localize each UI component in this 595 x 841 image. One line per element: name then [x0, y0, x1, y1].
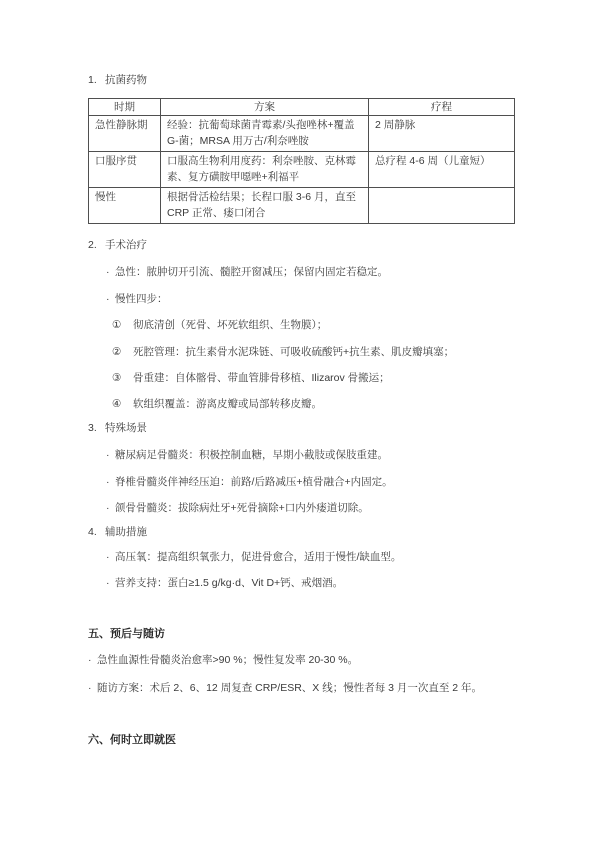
- cell-plan-acute-iv: 经验：抗葡萄球菌青霉素/头孢唑林+覆盖 G-菌；MRSA 用万古/利奈唑胺: [161, 116, 369, 152]
- step-item-dead-space: ②死腔管理：抗生素骨水泥珠链、可吸收硫酸钙+抗生素、肌皮瓣填塞；: [112, 345, 454, 359]
- section-1-heading: 1.抗菌药物: [88, 73, 147, 87]
- section-4-title: 辅助措施: [105, 526, 147, 538]
- step-item-text: 死腔管理：抗生素骨水泥珠链、可吸收硫酸钙+抗生素、肌皮瓣填塞；: [133, 346, 454, 358]
- list-item-text: 高压氧：提高组织氧张力，促进骨愈合，适用于慢性/缺血型。: [115, 551, 401, 563]
- bullet-icon: ·: [106, 265, 115, 279]
- bullet-icon: ·: [106, 292, 115, 306]
- table-header-period: 时期: [89, 99, 161, 116]
- list-item-text: 慢性四步：: [115, 293, 168, 305]
- step-item-text: 骨重建：自体髂骨、带血管腓骨移植、Ilizarov 骨搬运；: [133, 372, 390, 384]
- list-item-text: 营养支持：蛋白≥1.5 g/kg·d、Vit D+钙、戒烟酒。: [115, 577, 343, 589]
- section-6-heading: 六、何时立即就医: [88, 733, 176, 747]
- cell-period-acute-iv: 急性静脉期: [89, 116, 161, 152]
- bullet-icon: ·: [106, 475, 115, 489]
- cell-course-acute-iv: 2 周静脉: [369, 116, 515, 152]
- section-4-heading: 4.辅助措施: [88, 525, 147, 539]
- section-2-title: 手术治疗: [105, 239, 147, 251]
- circled-number-3: ③: [112, 371, 133, 385]
- section-2-heading: 2.手术治疗: [88, 238, 147, 252]
- cell-period-chronic: 慢性: [89, 188, 161, 224]
- bullet-icon: ·: [106, 576, 115, 590]
- antibiotic-regimen-table: 时期 方案 疗程 急性静脉期 经验：抗葡萄球菌青霉素/头孢唑林+覆盖 G-菌；M…: [88, 98, 515, 224]
- list-item-hyperbaric-oxygen: ·高压氧：提高组织氧张力，促进骨愈合，适用于慢性/缺血型。: [106, 550, 401, 564]
- section-1-number: 1.: [88, 73, 105, 87]
- table-header-row: 时期 方案 疗程: [89, 99, 515, 116]
- table-header-plan: 方案: [161, 99, 369, 116]
- bullet-icon: ·: [106, 448, 115, 462]
- list-item-chronic-four-steps: ·慢性四步：: [106, 292, 168, 306]
- list-item-followup-plan: ·随访方案：术后 2、6、12 周复查 CRP/ESR、X 线；慢性者每 3 月…: [88, 681, 482, 695]
- table-row: 口服序贯 口服高生物利用度药：利奈唑胺、克林霉素、复方磺胺甲噁唑+利福平 总疗程…: [89, 152, 515, 188]
- list-item-nutrition: ·营养支持：蛋白≥1.5 g/kg·d、Vit D+钙、戒烟酒。: [106, 576, 343, 590]
- cell-period-oral: 口服序贯: [89, 152, 161, 188]
- list-item-acute-surgery: ·急性：脓肿切开引流、髓腔开窗减压；保留内固定若稳定。: [106, 265, 388, 279]
- list-item-text: 急性血源性骨髓炎治愈率>90 %；慢性复发率 20-30 %。: [97, 654, 358, 666]
- section-6-title: 六、何时立即就医: [88, 734, 176, 746]
- cell-course-oral: 总疗程 4-6 周（儿童短）: [369, 152, 515, 188]
- step-item-debridement: ①彻底清创（死骨、坏死软组织、生物膜）；: [112, 318, 327, 332]
- bullet-icon: ·: [106, 501, 115, 515]
- document-page: 1.抗菌药物 时期 方案 疗程 急性静脉期 经验：抗葡萄球菌青霉素/头孢唑林+覆…: [0, 0, 595, 841]
- list-item-text: 急性：脓肿切开引流、髓腔开窗减压；保留内固定若稳定。: [115, 266, 388, 278]
- table-header-course: 疗程: [369, 99, 515, 116]
- section-3-heading: 3.特殊场景: [88, 421, 147, 435]
- section-4-number: 4.: [88, 525, 105, 539]
- section-5-title: 五、预后与随访: [88, 628, 165, 640]
- cell-plan-chronic: 根据骨活检结果；长程口服 3-6 月，直至 CRP 正常、瘘口闭合: [161, 188, 369, 224]
- list-item-text: 脊椎骨髓炎伴神经压迫：前路/后路减压+植骨融合+内固定。: [115, 476, 393, 488]
- list-item-text: 颌骨骨髓炎：拔除病灶牙+死骨摘除+口内外瘘道切除。: [115, 502, 369, 514]
- bullet-icon: ·: [106, 550, 115, 564]
- cell-course-chronic: [369, 188, 515, 224]
- list-item-diabetic-foot: ·糖尿病足骨髓炎：积极控制血糖，早期小截肢或保肢重建。: [106, 448, 388, 462]
- section-3-number: 3.: [88, 421, 105, 435]
- table-row: 慢性 根据骨活检结果；长程口服 3-6 月，直至 CRP 正常、瘘口闭合: [89, 188, 515, 224]
- bullet-icon: ·: [88, 681, 97, 695]
- section-5-heading: 五、预后与随访: [88, 627, 165, 641]
- cell-plan-oral: 口服高生物利用度药：利奈唑胺、克林霉素、复方磺胺甲噁唑+利福平: [161, 152, 369, 188]
- list-item-jaw: ·颌骨骨髓炎：拔除病灶牙+死骨摘除+口内外瘘道切除。: [106, 501, 369, 515]
- circled-number-1: ①: [112, 318, 133, 332]
- table-row: 急性静脉期 经验：抗葡萄球菌青霉素/头孢唑林+覆盖 G-菌；MRSA 用万古/利…: [89, 116, 515, 152]
- circled-number-2: ②: [112, 345, 133, 359]
- step-item-text: 软组织覆盖：游离皮瓣或局部转移皮瓣。: [133, 398, 322, 410]
- bullet-icon: ·: [88, 653, 97, 667]
- section-3-title: 特殊场景: [105, 422, 147, 434]
- list-item-text: 糖尿病足骨髓炎：积极控制血糖，早期小截肢或保肢重建。: [115, 449, 388, 461]
- list-item-text: 随访方案：术后 2、6、12 周复查 CRP/ESR、X 线；慢性者每 3 月一…: [97, 682, 482, 694]
- section-2-number: 2.: [88, 238, 105, 252]
- step-item-text: 彻底清创（死骨、坏死软组织、生物膜）；: [133, 319, 327, 331]
- circled-number-4: ④: [112, 397, 133, 411]
- list-item-vertebral: ·脊椎骨髓炎伴神经压迫：前路/后路减压+植骨融合+内固定。: [106, 475, 393, 489]
- step-item-bone-reconstruction: ③骨重建：自体髂骨、带血管腓骨移植、Ilizarov 骨搬运；: [112, 371, 390, 385]
- list-item-cure-rate: ·急性血源性骨髓炎治愈率>90 %；慢性复发率 20-30 %。: [88, 653, 358, 667]
- step-item-soft-tissue: ④软组织覆盖：游离皮瓣或局部转移皮瓣。: [112, 397, 322, 411]
- section-1-title: 抗菌药物: [105, 74, 147, 86]
